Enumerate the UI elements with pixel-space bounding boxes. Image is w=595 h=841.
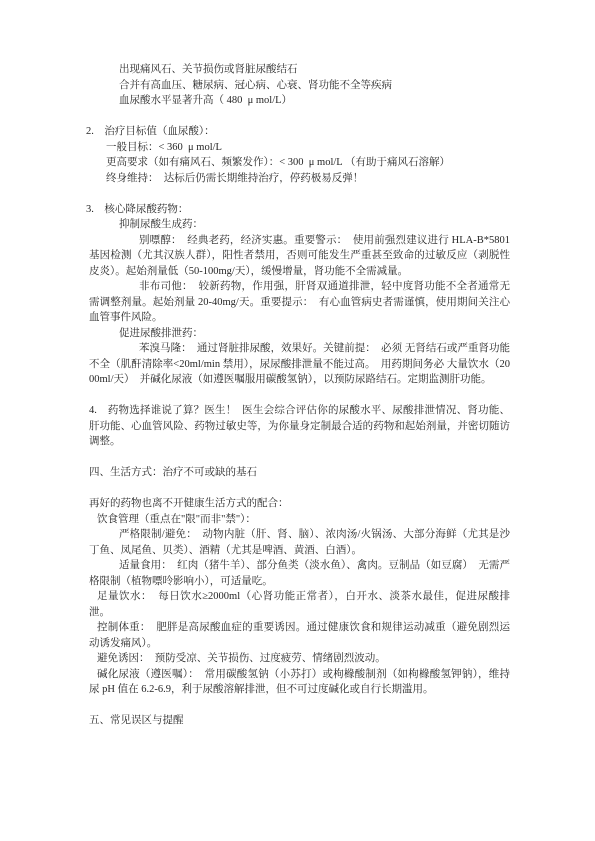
blank-line	[89, 698, 510, 714]
paragraph: 控制体重： 肥胖是高尿酸血症的重要诱因。通过健康饮食和规律运动减重（避免剧烈运动…	[89, 620, 510, 651]
document-page: 出现痛风石、关节损伤或肾脏尿酸结石合并有高血压、糖尿病、冠心病、心衰、肾功能不全…	[0, 0, 595, 841]
blank-line	[89, 481, 510, 497]
list-item: 终身维持： 达标后仍需长期维持治疗，停药极易反弹！	[106, 171, 510, 187]
paragraph: 避免诱因： 预防受凉、关节损伤、过度疲劳、情绪剧烈波动。	[89, 651, 510, 667]
blank-line	[89, 186, 510, 202]
paragraph: 足量饮水： 每日饮水≥2000ml（心肾功能正常者），白开水、淡茶水最佳，促进尿…	[89, 589, 510, 620]
paragraph: 苯溴马隆： 通过肾脏排尿酸，效果好。关键前提： 必须 无肾结石或严重肾功能不全（…	[89, 341, 510, 388]
heading: 五、常见误区与提醒	[89, 713, 510, 729]
paragraph: 严格限制/避免： 动物内脏（肝、肾、脑）、浓肉汤/火锅汤、大部分海鲜（尤其是沙丁…	[89, 527, 510, 558]
list-item: 更高要求（如有痛风石、频繁发作）：< 300 μ mol/L （有助于痛风石溶解…	[106, 155, 510, 171]
list-item: 饮食管理（重点在"限"而非"禁"）：	[97, 512, 510, 528]
blank-line	[89, 450, 510, 466]
numbered-heading: 2. 治疗目标值（血尿酸）：	[86, 124, 510, 140]
paragraph: 别嘌醇： 经典老药，经济实惠。重要警示： 使用前强烈建议进行 HLA-B*580…	[89, 233, 510, 280]
blank-line	[89, 109, 510, 125]
paragraph: 4. 药物选择谁说了算？医生！ 医生会综合评估你的尿酸水平、尿酸排泄情况、肾功能…	[89, 403, 510, 450]
blank-line	[89, 388, 510, 404]
list-item: 一般目标：< 360 μ mol/L	[106, 140, 510, 156]
list-item: 抑制尿酸生成药：	[119, 217, 510, 233]
heading: 四、生活方式：治疗不可或缺的基石	[89, 465, 510, 481]
list-item: 合并有高血压、糖尿病、冠心病、心衰、肾功能不全等疾病	[119, 78, 510, 94]
paragraph: 适量食用： 红肉（猪牛羊）、部分鱼类（淡水鱼）、禽肉。豆制品（如豆腐） 无需严格…	[89, 558, 510, 589]
list-item: 血尿酸水平显著升高（ 480 μ mol/L）	[119, 93, 510, 109]
list-item: 促进尿酸排泄药：	[119, 326, 510, 342]
list-item: 出现痛风石、关节损伤或肾脏尿酸结石	[119, 62, 510, 78]
line: 再好的药物也离不开健康生活方式的配合：	[89, 496, 510, 512]
paragraph: 碱化尿液（遵医嘱）： 常用碳酸氢钠（小苏打）或枸橼酸制剂（如枸橼酸氢钾钠），维持…	[89, 667, 510, 698]
document-body: 出现痛风石、关节损伤或肾脏尿酸结石合并有高血压、糖尿病、冠心病、心衰、肾功能不全…	[89, 62, 510, 729]
paragraph: 非布司他： 较新药物，作用强，肝肾双通道排泄，轻中度肾功能不全者通常无需调整剂量…	[89, 279, 510, 326]
numbered-heading: 3. 核心降尿酸药物：	[86, 202, 510, 218]
